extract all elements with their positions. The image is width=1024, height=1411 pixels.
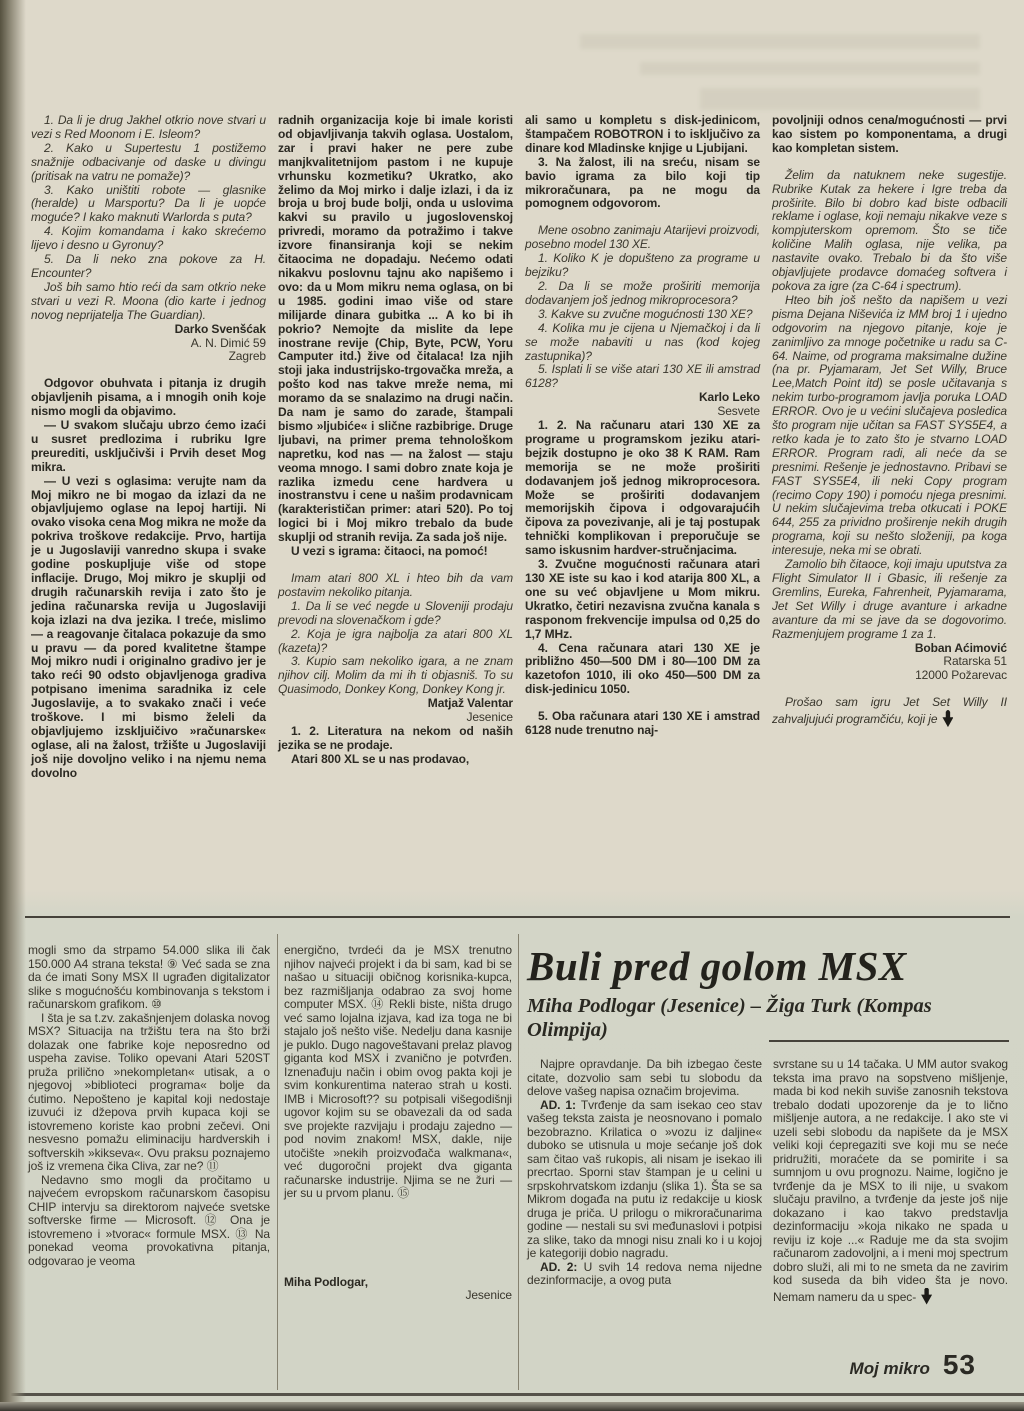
paragraph: Želim da natuknem neke sugestije. Rubrik… xyxy=(772,169,1007,294)
paragraph: Zagreb xyxy=(31,350,266,364)
paragraph: A. N. Dimić 59 xyxy=(31,337,266,351)
paragraph: 1. Da li se već negde u Sloveniji prodaj… xyxy=(278,600,513,628)
paragraph: Darko Svenšćak xyxy=(31,323,266,337)
page-number: 53 xyxy=(943,1349,976,1380)
paragraph: Mene osobno zanimaju Atarijevi proizvodi… xyxy=(525,224,760,252)
paragraph: 4. Kolika mu je cijena u Njemačkoj i da … xyxy=(525,322,760,364)
paragraph: radnih organizacija koje bi imale korist… xyxy=(278,114,513,545)
paragraph: 3. Kakve su zvučne mogućnosti 130 XE? xyxy=(525,308,760,322)
paragraph: 5. Isplati li se više atari 130 XE ili a… xyxy=(525,363,760,391)
paragraph: Atari 800 XL se u nas prodavao, xyxy=(278,753,513,767)
paragraph: Matjaž Valentar xyxy=(278,697,513,711)
magazine-name: Moj mikro xyxy=(850,1359,930,1378)
continuation-arrow-icon xyxy=(921,1288,932,1305)
column-rule xyxy=(518,934,519,1390)
paragraph: mogli smo da strpamo 54.000 slika ili ča… xyxy=(28,944,270,1012)
paragraph: Boban Aćimović xyxy=(772,642,1007,656)
paragraph-lead: AD. 2: xyxy=(540,1260,584,1274)
paragraph-lead: AD. 1: xyxy=(540,1098,581,1112)
bleed-through-ghost xyxy=(700,88,980,110)
paragraph: Još bih samo htio reći da sam otkrio nek… xyxy=(31,281,266,323)
paragraph: 1. 2. Literatura na nekom od naših jezik… xyxy=(278,725,513,753)
paragraph: Najpre opravdanje. Da bih izbegao česte … xyxy=(527,1058,762,1099)
paragraph: Imam atari 800 XL i hteo bih da vam post… xyxy=(278,572,513,600)
paragraph: Nedavno smo mogli da pročitamo u najveće… xyxy=(28,1174,270,1269)
paragraph: U vezi s igrama: čitaoci, na pomoć! xyxy=(278,545,513,559)
paragraph: 3. Kako uništiti robote — glasnike (hera… xyxy=(31,184,266,226)
paragraph: 1. Da li je drug Jakhel otkrio nove stva… xyxy=(31,114,266,142)
paragraph: 3. Na žalost, ili na sreću, nisam se bav… xyxy=(525,156,760,212)
top-column-2: radnih organizacija koje bi imale korist… xyxy=(278,114,513,781)
paragraph: energično, tvrdeći da je MSX trenutno nj… xyxy=(284,944,512,1201)
paragraph: Jesenice xyxy=(284,1289,512,1303)
paragraph: — U svakom slučaju ubrzo ćemo izaći u su… xyxy=(31,419,266,475)
paragraph: povoljniji odnos cena/mogućnosti — prvi … xyxy=(772,114,1007,156)
article-buli-pred-golom-msx: Buli pred golom MSX Miha Podlogar (Jesen… xyxy=(527,938,1008,1305)
page-footer: Moj mikro53 xyxy=(850,1349,976,1381)
bleed-through-ghost xyxy=(640,62,980,75)
paragraph: Sesvete xyxy=(525,405,760,419)
paragraph: 2. Da li se može proširiti memorija doda… xyxy=(525,280,760,308)
paragraph: 5. Oba računara atari 130 XE i amstrad 6… xyxy=(525,710,760,738)
paragraph: 2. Koja je igra najbolja za atari 800 XL… xyxy=(278,628,513,656)
magazine-page-scan: 1. Da li je drug Jakhel otkrio nove stva… xyxy=(0,0,1024,1411)
column-rule xyxy=(277,934,278,1390)
paragraph: — U vezi s oglasima: verujte nam da Moj … xyxy=(31,475,266,781)
bleed-through-ghost xyxy=(580,34,980,49)
article-column-a: Najpre opravdanje. Da bih izbegao česte … xyxy=(527,1058,762,1305)
paragraph: 2. Kako u Supertestu 1 postižemo snažnij… xyxy=(31,142,266,184)
paragraph: 1. 2. Na računaru atari 130 XE za progra… xyxy=(525,419,760,558)
paragraph: Jesenice xyxy=(278,711,513,725)
paragraph: 3. Kupio sam nekoliko igara, a ne znam n… xyxy=(278,655,513,697)
section-divider-rule xyxy=(25,916,1010,918)
paragraph: 5. Da li neko zna pokove za H. Encounter… xyxy=(31,253,266,281)
bottom-column-middle: energično, tvrdeći da je MSX trenutno nj… xyxy=(284,944,512,1303)
paragraph: 12000 Požarevac xyxy=(772,669,1007,683)
paragraph: Miha Podlogar, xyxy=(284,1276,512,1290)
paragraph: Ratarska 51 xyxy=(772,655,1007,669)
paragraph: svrstane su u 14 tačaka. U MM autor svak… xyxy=(773,1058,1008,1305)
paragraph: AD. 2: U svih 14 redova nema nijedne dez… xyxy=(527,1261,762,1288)
paragraph: ali samo u kompletu s disk-jedinicom, št… xyxy=(525,114,760,156)
article-column-b: svrstane su u 14 tačaka. U MM autor svak… xyxy=(773,1058,1008,1305)
bottom-column-left: mogli smo da strpamo 54.000 slika ili ča… xyxy=(28,944,270,1268)
scan-left-edge xyxy=(0,0,26,1411)
paragraph: Prošao sam igru Jet Set Willy II zahvalj… xyxy=(772,696,1007,727)
page-bottom-rule xyxy=(0,1393,1024,1396)
top-column-3: ali samo u kompletu s disk-jedinicom, št… xyxy=(525,114,760,781)
paragraph: 4. Cena računara atari 130 XE je približ… xyxy=(525,642,760,698)
article-columns: Najpre opravdanje. Da bih izbegao česte … xyxy=(527,1058,1008,1305)
article-title: Buli pred golom MSX xyxy=(527,944,1008,988)
article-byline: Miha Podlogar (Jesenice) – Žiga Turk (Ko… xyxy=(527,994,957,1042)
continuation-arrow-icon xyxy=(942,710,953,727)
top-column-1: 1. Da li je drug Jakhel otkrio nove stva… xyxy=(31,114,266,781)
paragraph: Karlo Leko xyxy=(525,391,760,405)
paragraph: 1. Koliko K je dopušteno za programe u b… xyxy=(525,252,760,280)
paragraph: 4. Kojim komandama i kako skrećemo lijev… xyxy=(31,225,266,253)
byline-underline-rule xyxy=(769,1040,1009,1042)
paragraph: Zamolio bih čitaoce, koji imaju uputstva… xyxy=(772,558,1007,641)
top-column-4: povoljniji odnos cena/mogućnosti — prvi … xyxy=(772,114,1007,781)
paragraph: 3. Zvučne mogućnosti računara atari 130 … xyxy=(525,558,760,641)
paragraph: AD. 1: Tvrđenje da sam isekao ceo stav v… xyxy=(527,1099,762,1261)
paragraph: Odgovor obuhvata i pitanja iz drugih obj… xyxy=(31,377,266,419)
scan-bottom-edge xyxy=(0,1402,1024,1411)
paragraph: Hteo bih još nešto da napišem u vezi pis… xyxy=(772,294,1007,558)
letters-section: 1. Da li je drug Jakhel otkrio nove stva… xyxy=(31,114,1008,781)
paragraph: I šta je sa t.zv. zakašnjenjem dolaska n… xyxy=(28,1012,270,1174)
